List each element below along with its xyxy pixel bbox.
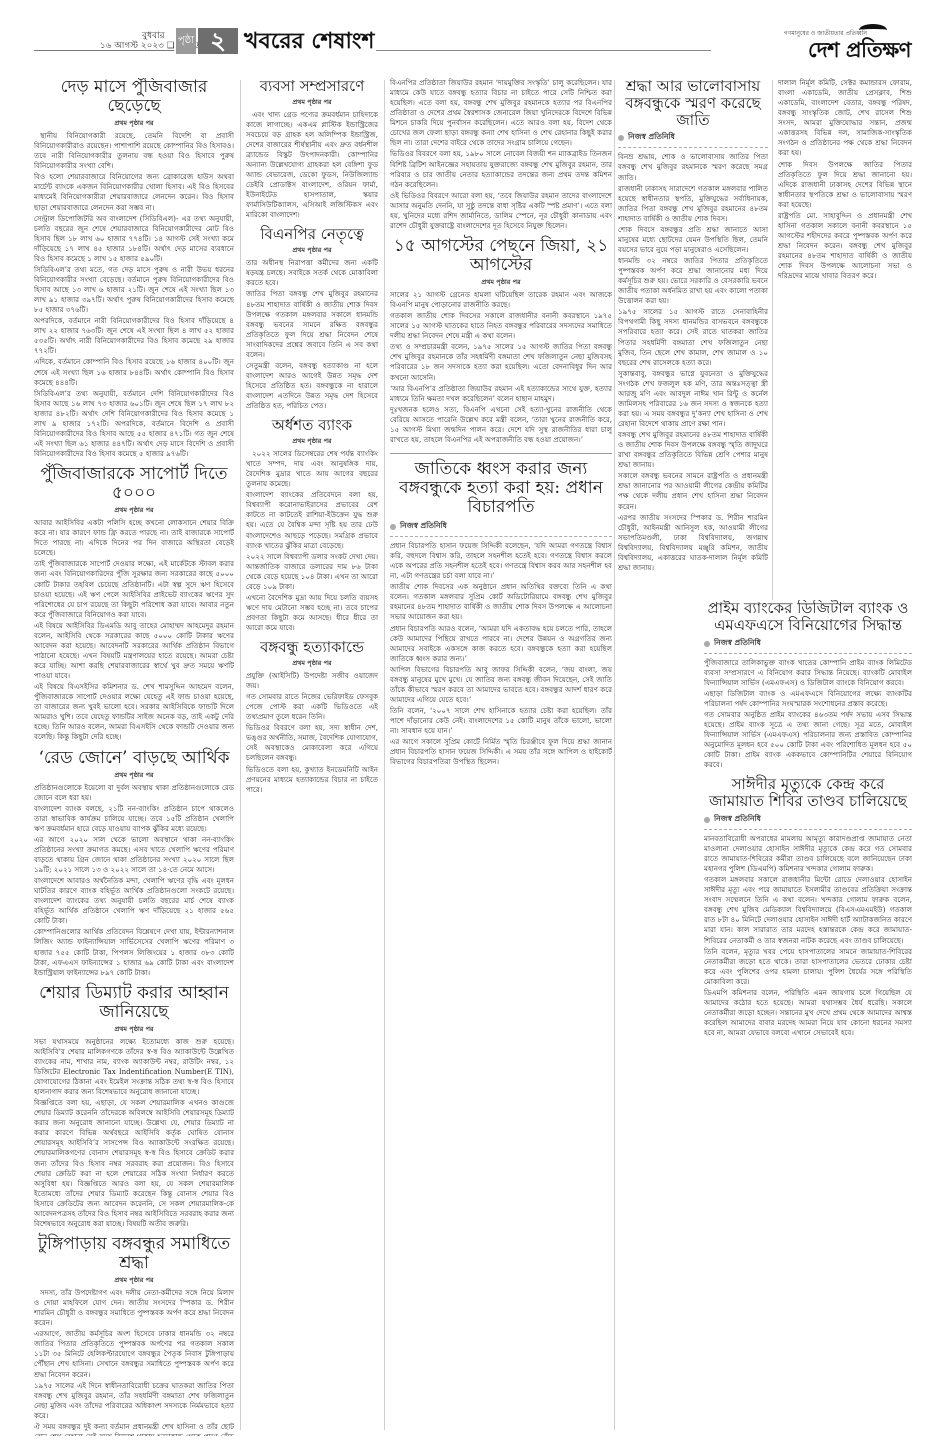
bullet-icon: [704, 817, 710, 823]
paragraph: তার অধীনস্থ নিরাপত্তা কর্মীদের জন্য একটি…: [246, 258, 378, 288]
story-zia-video-continued: বিএনপির প্রতিষ্ঠাতা জিয়াউর রহমান ‘দায়ম…: [390, 78, 612, 231]
paragraph: ২০২২ সালে বিশ্বব্যাপী ডলার সংকট দেখা দেয…: [246, 552, 378, 592]
story-share-demat: শেয়ার ডিম্যাট করার আহ্বান জানিয়েছে প্র…: [34, 984, 234, 1229]
byline-text: নিজস্ব প্রতিনিধি: [400, 521, 447, 533]
paragraph: শোক দিবস উপলক্ষে জাতির পিতার প্রতিকৃতিতে…: [778, 160, 912, 210]
dashed-divider: [390, 536, 612, 537]
paragraph: শোক দিবসে বঙ্গবন্ধুর প্রতি শ্রদ্ধা জানাত…: [618, 225, 768, 255]
paragraph: ঐ সময় বঙ্গবন্ধুর দুই কন্যা বর্তমান প্রধ…: [34, 1422, 234, 1436]
column-5-top: দালাল নির্মূল কমিটি, সেক্টর কমান্ডারস ফো…: [778, 78, 912, 598]
paragraph: ডিএমপি কমিশনার বলেন, পরিস্থিতি এমন জায়গ…: [704, 988, 912, 1038]
byline-text: নিজস্ব প্রতিনিধি: [714, 814, 761, 826]
story-half-hundred-banks: অর্ধশত ব্যাংক প্রথম পৃষ্ঠার পর ২০২২ সালে…: [246, 417, 378, 633]
paragraph: দালাল নির্মূল কমিটি, সেক্টর কমান্ডারস ফো…: [778, 78, 912, 159]
continued-label: প্রথম পৃষ্ঠার পর: [34, 505, 234, 516]
paragraph: ভিডিওর বিবরণে বলা হয়, ১৯৮০ সালে নোবেল ব…: [390, 149, 612, 189]
paragraph: সুকান্তবাবু, বঙ্গবন্ধুর ভাগ্নে যুবনেতা ও…: [618, 369, 768, 429]
masthead-rule: [34, 50, 174, 51]
paragraph: সদস্য, তাঁর উপদেষ্টাগণ এবং দলীয় নেতা-কর…: [34, 1288, 234, 1328]
story-bnp-leadership: বিএনপির নেতৃত্বে প্রথম পৃষ্ঠার পর তার অধ…: [246, 226, 378, 411]
paragraph: বঙ্গবন্ধু শেখ মুজিবুর রহমানের ৪৮তম শাহাদ…: [618, 430, 768, 470]
section-title: খবরের শেষাংশ: [244, 28, 374, 54]
story-saydee-violence: সাঈদীর মৃত্যুকে কেন্দ্র করে জামায়াত শিব…: [704, 776, 912, 1038]
column-5-bottom: প্রাইম ব্যাংকের ডিজিটাল ব্যাংক ও এমএফএসে…: [704, 600, 912, 1436]
paragraph: এর আগে ২০২০ সাল থেকে ভালো অবস্থানে থাকা …: [34, 835, 234, 875]
paragraph: সেন্ট্রাল ডিপোজিটরি অব বাংলাদেশ (সিডিবিএ…: [34, 214, 234, 264]
story-rule: [390, 453, 612, 454]
paragraph: তিনি বলেন, মৃত্যুর খবর পেয়ে হাসপাতালের …: [704, 947, 912, 987]
paragraph: অপরদিকে, বর্তমানে নারী বিনিয়োগকারীদের ব…: [34, 316, 234, 356]
paragraph: গত সোমবার অনুষ্ঠিত প্রাইম ব্যাংকের ৪৬৩তম…: [704, 710, 912, 770]
bullet-icon: [704, 641, 710, 647]
paragraph: এই বিষয়ে আইসিবির ডিএমডি আবু তাহের মোহাম…: [34, 621, 234, 681]
headline[interactable]: প্রাইম ব্যাংকের ডিজিটাল ব্যাংক ও এমএফএসে…: [704, 600, 912, 634]
headline[interactable]: ১৫ আগস্টের পেছনে জিয়া, ২১ আগস্টের: [390, 237, 612, 275]
paragraph: স্থানীয় বিনিয়োগকারী রয়েছে, তেমনি বিদে…: [34, 131, 234, 171]
headline[interactable]: শেয়ার ডিম্যাট করার আহ্বান জানিয়েছে: [34, 984, 234, 1022]
paragraph: ২০২২ সালের ডিসেম্বরের শেষ পর্যন্ত ব্যাংক…: [246, 449, 378, 489]
paragraph: সভা যথাসময়ে অনুষ্ঠানের লক্ষ্যে ইতোমধ্যে…: [34, 1037, 234, 1097]
byline: নিজস্ব প্রতিনিধি: [618, 132, 768, 144]
headline[interactable]: পুঁজিবাজারকে সাপোর্ট দিতে ৫০০০: [34, 465, 234, 503]
paragraph: প্রতিষ্ঠানগুলোকে ইয়েলো বা দুর্বল অবস্থা…: [34, 783, 234, 803]
page-label: পৃষ্ঠা: [176, 28, 196, 54]
paragraph: বিএনপির প্রতিষ্ঠাতা জিয়াউর রহমান ‘দায়ম…: [390, 78, 612, 148]
byline-text: নিজস্ব প্রতিনিধি: [714, 638, 761, 650]
headline[interactable]: সাঈদীর মৃত্যুকে কেন্দ্র করে জামায়াত শিব…: [704, 776, 912, 810]
paragraph: এরআগে, জাতীয় কর্মসূচির অংশ হিসেবে ঢাকার…: [34, 1329, 234, 1379]
paragraph: দুঃখজনক হলেও সত্য, বিএনপি এখনো সেই হত্যা…: [390, 405, 612, 445]
paragraph: বিজ্ঞপ্তিতে বলা হয়, এছাড়া, যে সকল শেয়…: [34, 1098, 234, 1229]
paragraph: প্রধান বিচারপতি আরও বলেন, ‘আমরা যদি একতা…: [390, 624, 612, 664]
paragraph: বিও হলো শেয়ারবাজারে বিনিয়োগের জন্য ব্র…: [34, 172, 234, 212]
paragraph: বাংলাদেশে আবারও অর্থনৈতিক মন্দা, খেলাপি …: [34, 876, 234, 926]
story-icb-support-fund: পুঁজিবাজারকে সাপোর্ট দিতে ৫০০০ প্রথম পৃষ…: [34, 465, 234, 742]
paragraph: এছাড়া ডিজিটাল ব্যাংক ও এমএফএসে বিনিয়োগ…: [704, 689, 912, 709]
paragraph: এবং খাদ্য গ্রেড পণ্যের ক্রমবর্ধমান চাহিদ…: [246, 110, 378, 221]
story-nation-remembers: শ্রদ্ধা আর ভালোবাসায় বঙ্গবন্ধুকে স্মরণ …: [618, 78, 768, 573]
newspaper-logo[interactable]: দেশ প্রতিক্ষণ: [808, 34, 911, 69]
dashed-divider: [704, 653, 912, 654]
paragraph: বিনম্র শ্রদ্ধায়, শোক ও ভালোবাসায় জাতির…: [618, 152, 768, 182]
story-august-15-zia: ১৫ আগস্টের পেছনে জিয়া, ২১ আগস্টের প্রথম…: [390, 237, 612, 445]
headline[interactable]: অর্ধশত ব্যাংক: [246, 417, 378, 434]
paragraph: ১৯৭৫ সালের এই দিনে স্বাধীনতাবিরোধী চক্রে…: [34, 1381, 234, 1421]
continued-label: প্রথম পৃষ্ঠার পর: [34, 1275, 234, 1286]
bullet-icon: [618, 135, 624, 141]
continued-label: প্রথম পৃষ্ঠার পর: [246, 658, 378, 669]
paragraph: ১৯৭৫ সালের ১৫ আগস্ট রাতে সেনাবাহিনীর বিপ…: [618, 307, 768, 367]
byline: নিজস্ব প্রতিনিধি: [704, 814, 912, 826]
headline[interactable]: শ্রদ্ধা আর ভালোবাসায় বঙ্গবন্ধুকে স্মরণ …: [618, 78, 768, 128]
bullet-icon: [390, 524, 396, 530]
paragraph: আবার আইসিবির একটা পলিসি হচ্ছে কখনো লোকসা…: [34, 518, 234, 558]
dashed-divider: [618, 147, 768, 148]
story-bangabandhu-killing: বঙ্গবন্ধু হত্যাকান্ডে প্রথম পৃষ্ঠার পর প…: [246, 639, 378, 795]
section-rule: [376, 50, 711, 51]
continued-label: প্রথম পৃষ্ঠার পর: [34, 1024, 234, 1035]
paragraph: তাই পুঁজিবাজারকে সাপোর্ট দেওয়ার লক্ষ্যে…: [34, 559, 234, 619]
paragraph: গত সোমবার রাতে নিজের ভেরিফাইড ফেসবুক পেজ…: [246, 692, 378, 722]
continued-label: প্রথম পৃষ্ঠার পর: [246, 436, 378, 447]
paragraph: সালের ২১ আগস্ট গ্রেনেড হামলা ঘটিয়েছিল ত…: [390, 290, 612, 310]
paragraph: সিডিবিএল’র তথ্য মতে, গত দেড় মাসে পুরুষ …: [34, 265, 234, 315]
paragraph: ভিডিওতে বলা হয়, কুখ্যাত ইনডেমনিটি আইন প…: [246, 765, 378, 795]
story-share-market-exit: দেড় মাসে পুঁজিবাজার ছেড়েছে প্রথম পৃষ্ঠ…: [34, 78, 234, 459]
paragraph: জাতীয় শোক দিবসের এক অনুষ্ঠানে প্রধান অত…: [390, 582, 612, 622]
column-divider: [772, 80, 773, 600]
paragraph: রাজধানী ঢাকাসহ সারাদেশে গতকাল মঙ্গলবার প…: [618, 184, 768, 224]
paragraph: এর আগে সকালে সুপ্রিম কোর্টে নির্মিত স্মৃ…: [390, 737, 612, 767]
paragraph: প্রযুক্তি (আইসিটি) উপদেষ্টা সজীব ওয়াজেদ…: [246, 671, 378, 691]
headline[interactable]: ‘রেড জোনে’ বাড়ছে আর্থিক: [34, 749, 234, 768]
paragraph: বাংলাদেশ ব্যাংক বলছে, ২১টি নন-ব্যাংকিং প…: [34, 804, 234, 834]
continued-label: প্রথম পৃষ্ঠার পর: [34, 118, 234, 129]
paragraph: ওই ভিডিওর বিবরণে আরো বলা হয়, ‘তবে জিয়া…: [390, 191, 612, 231]
masthead: বুধবার ১৬ আগস্ট ২০২৩ ❑ ১ ভাদ্র ১৪৩০ পৃষ্…: [34, 28, 911, 72]
byline-text: নিজস্ব প্রতিনিধি: [628, 132, 675, 144]
paragraph: জাতির পিতা বঙ্গবন্ধু শেখ মুজিবুর রহমানের…: [246, 289, 378, 359]
continued-label: প্রথম পৃষ্ঠার পর: [246, 97, 378, 108]
continued-label: প্রথম পৃষ্ঠার পর: [390, 277, 612, 288]
paragraph: এদিকে, বর্তমানে কোম্পানি বিও হিসাব রয়েছ…: [34, 357, 234, 387]
continued-label: প্রথম পৃষ্ঠার পর: [34, 770, 234, 781]
column-3: বিএনপির প্রতিষ্ঠাতা জিয়াউর রহমান ‘দায়ম…: [390, 78, 612, 1436]
paragraph: ধানমন্ডি ৩২ নম্বরে জাতির পিতার প্রতিকৃতি…: [618, 256, 768, 306]
story-business-expansion: ব্যবসা সম্প্রসারণে প্রথম পৃষ্ঠার পর এবং …: [246, 78, 378, 220]
paragraph: রাষ্ট্রপতি মো. সাহাবুদ্দিন ও প্রধানমন্ত্…: [778, 211, 912, 281]
paragraph: আপিল বিভাগের বিচারপতি আবু জাফর সিদ্দিকী …: [390, 665, 612, 705]
headline[interactable]: বিএনপির নেতৃত্বে: [246, 226, 378, 243]
story-red-zone: ‘রেড জোনে’ বাড়ছে আর্থিক প্রথম পৃষ্ঠার প…: [34, 749, 234, 978]
page-number: ২: [198, 28, 238, 54]
paragraph: পুঁজিবাজারে তালিকাভুক্ত ব্যাংক খাতের কোম…: [704, 658, 912, 688]
paragraph: ভিডিওর বিবরণে বলা হয়, সদ্য স্বাধীন দেশ,…: [246, 723, 378, 763]
headline[interactable]: ব্যবসা সম্প্রসারণে: [246, 78, 378, 95]
paragraph: ‘আর বিএনপি’র প্রতিষ্ঠাতা জিয়াউর রহমান এ…: [390, 384, 612, 404]
story-nation-remembers-continued: দালাল নির্মূল কমিটি, সেক্টর কমান্ডারস ফো…: [778, 78, 912, 281]
paragraph: গতকাল জাতীয় শোক দিবসের সকালে রাজধানীর ব…: [390, 311, 612, 341]
headline[interactable]: টুঙ্গিপাড়ায় বঙ্গবন্ধুর সমাধিতে শ্রদ্ধা: [34, 1235, 234, 1273]
paragraph: কোম্পানিগুলোর আর্থিক প্রতিবেদন বিশ্লেষণে…: [34, 927, 234, 977]
continued-label: প্রথম পৃষ্ঠার পর: [246, 245, 378, 256]
paragraph: সিডিবিএল’র তথ্য অনুযায়ী, বর্তমানে দেশি …: [34, 389, 234, 459]
byline: নিজস্ব প্রতিনিধি: [704, 638, 912, 650]
paragraph: প্রধান বিচারপতি হাসান ফয়েজ সিদ্দিকী বলে…: [390, 541, 612, 581]
paragraph: সকালে বঙ্গবন্ধু ভবনের সামনে রাষ্ট্রপতি ও…: [618, 471, 768, 511]
headline[interactable]: জাতিকে ধ্বংস করার জন্য বঙ্গবন্ধুকে হত্যা…: [390, 460, 612, 517]
column-1: দেড় মাসে পুঁজিবাজার ছেড়েছে প্রথম পৃষ্ঠ…: [34, 78, 234, 1436]
column-divider: [384, 80, 385, 1430]
paragraph: বাংলাদেশ ব্যাংকের প্রতিবেদনে বলা হয়, বি…: [246, 490, 378, 550]
paragraph: সেতুমন্ত্রী বলেন, বঙ্গবন্ধু হত্যাকাণ্ড ন…: [246, 361, 378, 411]
column-divider: [240, 80, 241, 1430]
column-2: ব্যবসা সম্প্রসারণে প্রথম পৃষ্ঠার পর এবং …: [246, 78, 378, 1436]
story-prime-bank: প্রাইম ব্যাংকের ডিজিটাল ব্যাংক ও এমএফএসে…: [704, 600, 912, 770]
dashed-divider: [704, 829, 912, 830]
column-divider: [614, 80, 615, 1430]
paragraph: গতকাল মঙ্গলবার সকালে রাজধানীর মিন্টো রোড…: [704, 875, 912, 945]
paragraph: মানবতাবিরোধী অপরাধের মামলায় আমৃত্যু কার…: [704, 834, 912, 874]
story-chief-justice: জাতিকে ধ্বংস করার জন্য বঙ্গবন্ধুকে হত্যা…: [390, 453, 612, 767]
paragraph: এখনো বৈদেশিক মুদ্রা আয় দিয়ে চলতি ব্যয়…: [246, 593, 378, 633]
paragraph: তথ্য ও সম্প্রচারমন্ত্রী বলেন, ১৯৭৫ সালের…: [390, 342, 612, 382]
paragraph: তিনি বলেন, ‘২০০৭ সালে শেখ হাসিনাকে হত্যা…: [390, 706, 612, 736]
story-tungipara-tribute: টুঙ্গিপাড়ায় বঙ্গবন্ধুর সমাধিতে শ্রদ্ধা…: [34, 1235, 234, 1436]
paragraph: এই বিষয়ে বিএসইসির কমিশনার ড. শেখ শামসুদ…: [34, 682, 234, 742]
paragraph: এরপর জাতীয় সংসদের স্পিকার ড. শিরীন শারম…: [618, 513, 768, 573]
headline[interactable]: দেড় মাসে পুঁজিবাজার ছেড়েছে: [34, 78, 234, 116]
headline[interactable]: বঙ্গবন্ধু হত্যাকান্ডে: [246, 639, 378, 656]
byline: নিজস্ব প্রতিনিধি: [390, 521, 612, 533]
